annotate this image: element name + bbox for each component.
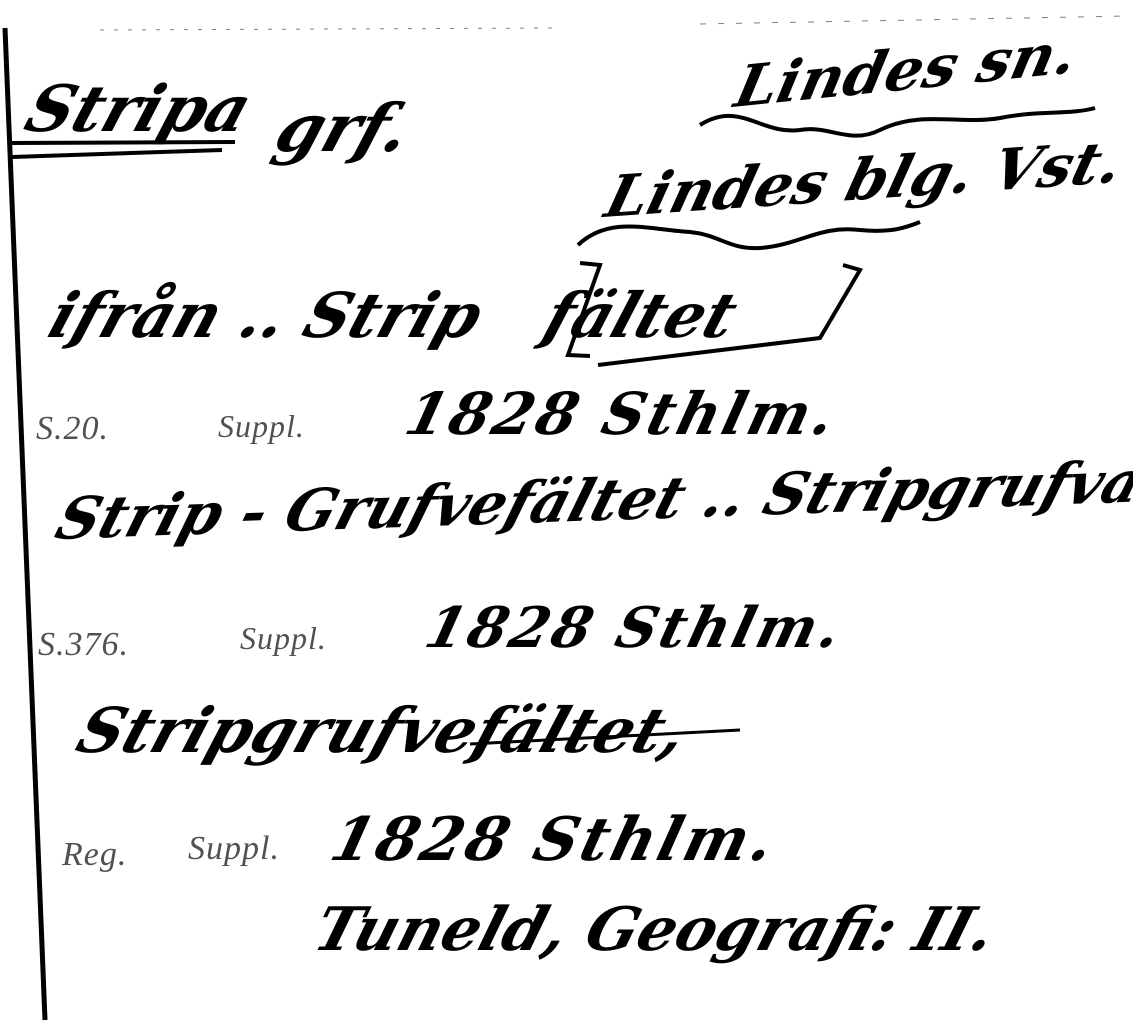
entry-2-year-place: 1828 Sthlm.: [420, 600, 849, 656]
entry-3-citation: Tuneld, Geografi: II.: [308, 900, 1002, 960]
district: Lindes blg. Vst.: [600, 133, 1128, 226]
entry-1-year-place: 1828 Sthlm.: [400, 385, 844, 443]
entry-1-page: S.20.: [36, 412, 109, 446]
entry-3-form: Stripgrufvefältet,: [70, 700, 695, 762]
parish: Lindes sn.: [730, 24, 1082, 116]
entry-1-source: Suppl.: [218, 410, 305, 442]
entry-1-bracketed-form: fältet: [537, 285, 744, 347]
place-name: Stripa: [18, 78, 259, 142]
entry-3-year-place: 1828 Sthlm.: [325, 810, 783, 870]
entry-2-page: S.376.: [38, 628, 129, 662]
entry-2-source: Suppl.: [240, 622, 327, 654]
entry-2-form: Strip - Grufvefältet .. Stripgrufvan: [50, 451, 1133, 548]
entry-1-form: ifrån .. Strip fältet: [42, 285, 744, 347]
entry-3-source: Suppl.: [188, 832, 280, 866]
index-card: Stripa grf. Lindes sn. Lindes blg. Vst. …: [0, 0, 1133, 1024]
margin-line: [5, 28, 45, 1020]
entry-1-form-text: ifrån .. Strip: [40, 279, 491, 352]
place-type: grf.: [268, 95, 419, 161]
entry-3-page: Reg.: [62, 838, 127, 872]
